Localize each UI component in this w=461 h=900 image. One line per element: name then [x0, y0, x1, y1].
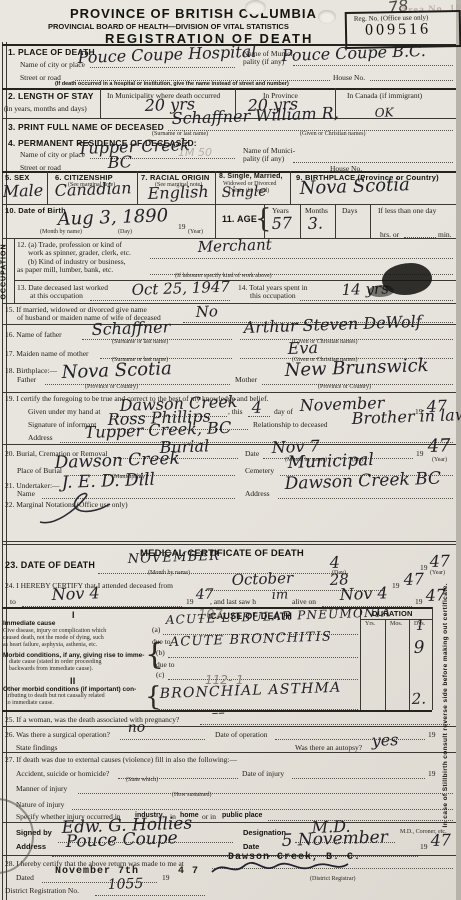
s3-ok-note: OK: [375, 105, 394, 120]
s19-rel-label: Relationship to deceased: [253, 420, 328, 429]
cause-b-label: (b): [156, 648, 165, 657]
divider: [2, 303, 456, 304]
age-days-label: Days: [342, 206, 357, 215]
death-registration-form: PROVINCE OF BRITISH COLUMBIA PROVINCIAL …: [0, 0, 461, 900]
dob-year-prefix: 19: [178, 222, 186, 231]
cause-roman-one: I: [72, 610, 75, 620]
stillbirth-margin-note: In case of Stillbirth consult reverse si…: [442, 583, 449, 827]
cemetery-value: Municipal: [287, 450, 374, 473]
alive-on-value: Nov 4: [339, 583, 388, 604]
dotted-rule: [158, 701, 358, 710]
cemetery-label: Cemetery: [245, 466, 274, 475]
s1-note: (If death occurred in a hospital or inst…: [55, 81, 289, 87]
other-morbid-text1: Other morbid conditions (if important) c…: [3, 686, 136, 693]
dotted-rule: [168, 671, 358, 680]
s23-year-label: (Year): [430, 570, 445, 576]
dotted-rule: [150, 250, 453, 259]
dotted-rule: [22, 598, 182, 607]
s18-father-province-label: (Province or Country): [85, 384, 138, 390]
s3-given-label: (Given or Christian names): [300, 131, 365, 137]
divider: [2, 444, 456, 445]
immediate-cause-text1: Give disease, injury or complication whi…: [3, 628, 106, 634]
divider: [432, 607, 433, 692]
divider: [360, 692, 361, 710]
divider: [370, 204, 371, 238]
occupation-margin-label: OCCUPATION: [1, 243, 8, 299]
district-reg-no-value: 1055: [107, 876, 143, 893]
age-months-value: 3.: [307, 213, 323, 233]
dotted-rule: [248, 408, 270, 417]
s18-mother-label: Mother: [235, 375, 257, 384]
cause-a-duration: 1: [415, 618, 424, 634]
racial-origin-value: English: [147, 182, 209, 203]
findings-label: State findings: [16, 743, 57, 752]
s24-mid-year-prefix: 19: [186, 597, 194, 606]
form-board-title: PROVINCIAL BOARD OF HEALTH—DIVISION OF V…: [48, 22, 289, 31]
s4-city-label: Name of city or place: [20, 150, 85, 159]
district-registrar-signature: [210, 858, 350, 878]
divider: [335, 204, 336, 238]
q27-label: 27. If death was due to external causes …: [5, 755, 237, 764]
cause-roman-two: II: [70, 676, 75, 686]
s3-heading: 3. PRINT FULL NAME OF DECEASED: [8, 122, 164, 132]
divider: [2, 88, 456, 90]
him-value: im: [271, 587, 288, 603]
immediate-cause-text2: caused death, not the mode of dying, suc…: [3, 635, 104, 641]
physician-date-value: 5 November: [281, 827, 388, 851]
divider: [215, 204, 216, 238]
dob-value: Aug 3, 1890: [57, 205, 168, 230]
dotted-rule: [168, 649, 358, 658]
cause-a-label: (a): [152, 625, 160, 634]
dotted-rule: [75, 72, 330, 81]
autopsy-label: Was there an autopsy?: [295, 743, 362, 752]
s2-col3-label: In Canada (if immigrant): [347, 91, 422, 100]
s24-year-prefix: 19: [392, 581, 400, 590]
punch-hole: [318, 10, 336, 24]
death-year-value: 47: [429, 551, 450, 571]
district-registrar-label: (District Registrar): [310, 876, 356, 882]
s17-label: 17. Maiden name of mother: [5, 349, 89, 358]
q25-label: 25. If a woman, was the death associated…: [5, 715, 179, 724]
marital-label: 8. Single, Married,: [219, 173, 283, 180]
divider: [264, 204, 265, 238]
op-date-label: Date of operation: [215, 730, 267, 739]
s19-this-label: , this: [228, 407, 243, 416]
scan-edge: [456, 0, 461, 900]
dotted-rule: [370, 72, 453, 81]
mother-given-value: Eva: [287, 338, 318, 358]
attended-from-month: October: [231, 569, 293, 589]
s24-alive-label: alive on: [292, 597, 316, 606]
other-morbid-text3: to immediate cause.: [6, 700, 54, 706]
dotted-rule: [200, 716, 450, 725]
trade-value: Merchant: [197, 235, 272, 256]
burial-year-value: 47: [427, 435, 451, 457]
s23-label: 23. DATE OF DEATH: [5, 560, 95, 570]
s15-value: No: [195, 302, 218, 321]
nature-label: Nature of injury: [16, 800, 64, 809]
s20-year-prefix: 19: [416, 449, 424, 458]
s24-to-label: to: [10, 597, 16, 606]
morbid-text1: Morbid conditions, if any, giving rise t…: [3, 652, 144, 659]
racial-origin-label: 7. RACIAL ORIGIN: [141, 173, 209, 182]
s4-muni-label2: pality (if any): [243, 154, 284, 163]
divider: [47, 171, 48, 204]
other-morbid-text2: tributing to death but not causally rela…: [6, 693, 105, 699]
divider: [137, 171, 138, 204]
divider: [2, 541, 456, 542]
injury-date-label: Date of injury: [242, 769, 284, 778]
age-less-label: If less than one day: [378, 206, 436, 215]
s19-addr-label: Address: [28, 433, 53, 442]
district-reg-no-label: District Registration No.: [5, 886, 79, 895]
due-to-2: due to: [156, 660, 175, 669]
attended-to-value: Nov 4: [51, 583, 100, 604]
dotted-rule: [78, 785, 453, 794]
citizenship-value: Canadian: [54, 178, 131, 200]
s21-addr-label: Address: [245, 489, 270, 498]
s20-year-label: (Year): [432, 457, 447, 463]
morbid-text2: diate cause (stated in order proceeding: [9, 659, 101, 665]
s12b-label2: as paper mill, lumber, bank, etc.: [17, 265, 113, 274]
s18-label: 18. Birthplace:—: [5, 366, 57, 375]
dated-year-prefix: 19: [162, 873, 170, 882]
s20-date-label: Date: [245, 449, 259, 458]
injury-year-prefix: 19: [428, 769, 436, 778]
divider: [300, 204, 301, 238]
punch-hole: [245, 0, 266, 15]
birthplace-value: Nova Scotia: [299, 174, 410, 199]
dated-label: Dated: [16, 873, 34, 882]
s23-month-label: (Month by name): [148, 570, 190, 576]
state-which-note: (State which): [126, 777, 158, 783]
s18-mother-province-label: (Province or Country): [318, 384, 371, 390]
physician-addr-value: Pouce Coupe: [65, 828, 178, 852]
immediate-cause-head: Immediate cause: [3, 620, 55, 627]
physician-year-prefix: 19: [420, 842, 428, 851]
s13-label2: at this occupation: [30, 291, 83, 300]
s2-subheading: (in years, months and days): [4, 104, 87, 113]
s2-heading: 2. LENGTH OF STAY: [8, 91, 94, 101]
s4-pencil-note: 1M 50: [178, 146, 212, 159]
age-label: 11. AGE: [222, 214, 257, 224]
signature-flourish: [35, 490, 115, 526]
divider: [385, 619, 386, 692]
dob-year-label: (Year): [188, 229, 203, 235]
q26-value: no: [127, 719, 145, 736]
other-cause-value: Bronchial Asthma: [159, 680, 341, 702]
s14-label2: this occupation: [250, 291, 296, 300]
q26-label: 26. Was there a surgical operation?: [5, 730, 110, 739]
s18-father-label: Father: [17, 375, 36, 384]
divider: [290, 171, 291, 204]
duration-mos-label: Mos.: [390, 621, 402, 627]
marital-value: Single: [221, 183, 266, 201]
physician-year-value: 47: [430, 830, 451, 850]
dotted-rule: [404, 229, 436, 238]
s4-street-value: BC: [107, 152, 132, 172]
dotted-rule: [293, 154, 453, 163]
q25-value: ––: [211, 706, 225, 721]
form-province-title: PROVINCE OF BRITISH COLUMBIA: [70, 6, 317, 21]
s19-rel-value: Brother in law: [351, 405, 461, 428]
s12a-label2: work as spinner, grader, clerk, etc.: [28, 248, 131, 257]
dob-day-label: (Day): [118, 229, 132, 235]
father-birthplace-value: Nova Scotia: [61, 358, 172, 383]
dotted-rule: [72, 801, 453, 810]
divider: [100, 88, 101, 118]
divider: [2, 204, 456, 205]
s16-label: 16. Name of father: [5, 330, 62, 339]
specify-or: or in: [202, 812, 216, 821]
dated-year-value: 4 7: [178, 866, 199, 877]
attended-from-year: 47: [403, 569, 424, 589]
s24-alive-year-prefix: 19: [415, 597, 423, 606]
dotted-rule: [275, 731, 425, 740]
divider: [432, 692, 433, 710]
accident-label: Accident, suicide or homicide?: [16, 769, 109, 778]
dob-month-label: (Month by name): [40, 229, 82, 235]
s13-value: Oct 25, 1947: [131, 278, 230, 299]
divider: [215, 171, 216, 204]
s16-surname-label: (Surname or last name): [112, 339, 168, 345]
s1-house-label: House No.: [333, 73, 365, 82]
s1-city-label: Name of city or place: [20, 60, 85, 69]
s4-city-value: Tupper Creek: [77, 135, 190, 158]
divider: [385, 692, 386, 710]
cause-b-duration: 9: [413, 638, 425, 658]
divider: [409, 619, 410, 692]
divider: [14, 238, 15, 304]
reg-no-value: 009516: [365, 21, 431, 40]
s19-given-label: Given under my hand at: [28, 407, 100, 416]
how-sustained-note: (How sustained): [172, 792, 212, 798]
manner-label: Manner of injury: [16, 784, 67, 793]
other-cause-duration: 2.: [411, 690, 426, 708]
op-year-prefix: 19: [428, 730, 436, 739]
dotted-rule: [292, 770, 425, 779]
immediate-cause-text3: as heart failure, asphyxia, asthenia, et…: [3, 642, 97, 648]
physician-date-label: Date: [243, 842, 259, 851]
designation-label: Designation: [243, 828, 286, 837]
divider: [2, 726, 456, 727]
divider: [409, 692, 410, 710]
specify-public-place: public place: [222, 812, 262, 819]
divider: [2, 544, 456, 545]
morbid-text3: backwards from immediate cause).: [9, 666, 93, 672]
dotted-rule: [268, 812, 453, 821]
duration-yrs-label: Yrs.: [365, 621, 375, 627]
s19-dayof-label: day of: [274, 407, 293, 416]
cause-c-label: (c): [156, 670, 164, 679]
s21-name-label: Name: [17, 489, 35, 498]
sex-value: Male: [2, 181, 43, 201]
s24-text2: , and last saw h: [210, 597, 256, 606]
divider: [2, 752, 456, 753]
father-surname-value: Schaffner: [91, 317, 170, 339]
age-years-value: 57: [271, 213, 292, 233]
